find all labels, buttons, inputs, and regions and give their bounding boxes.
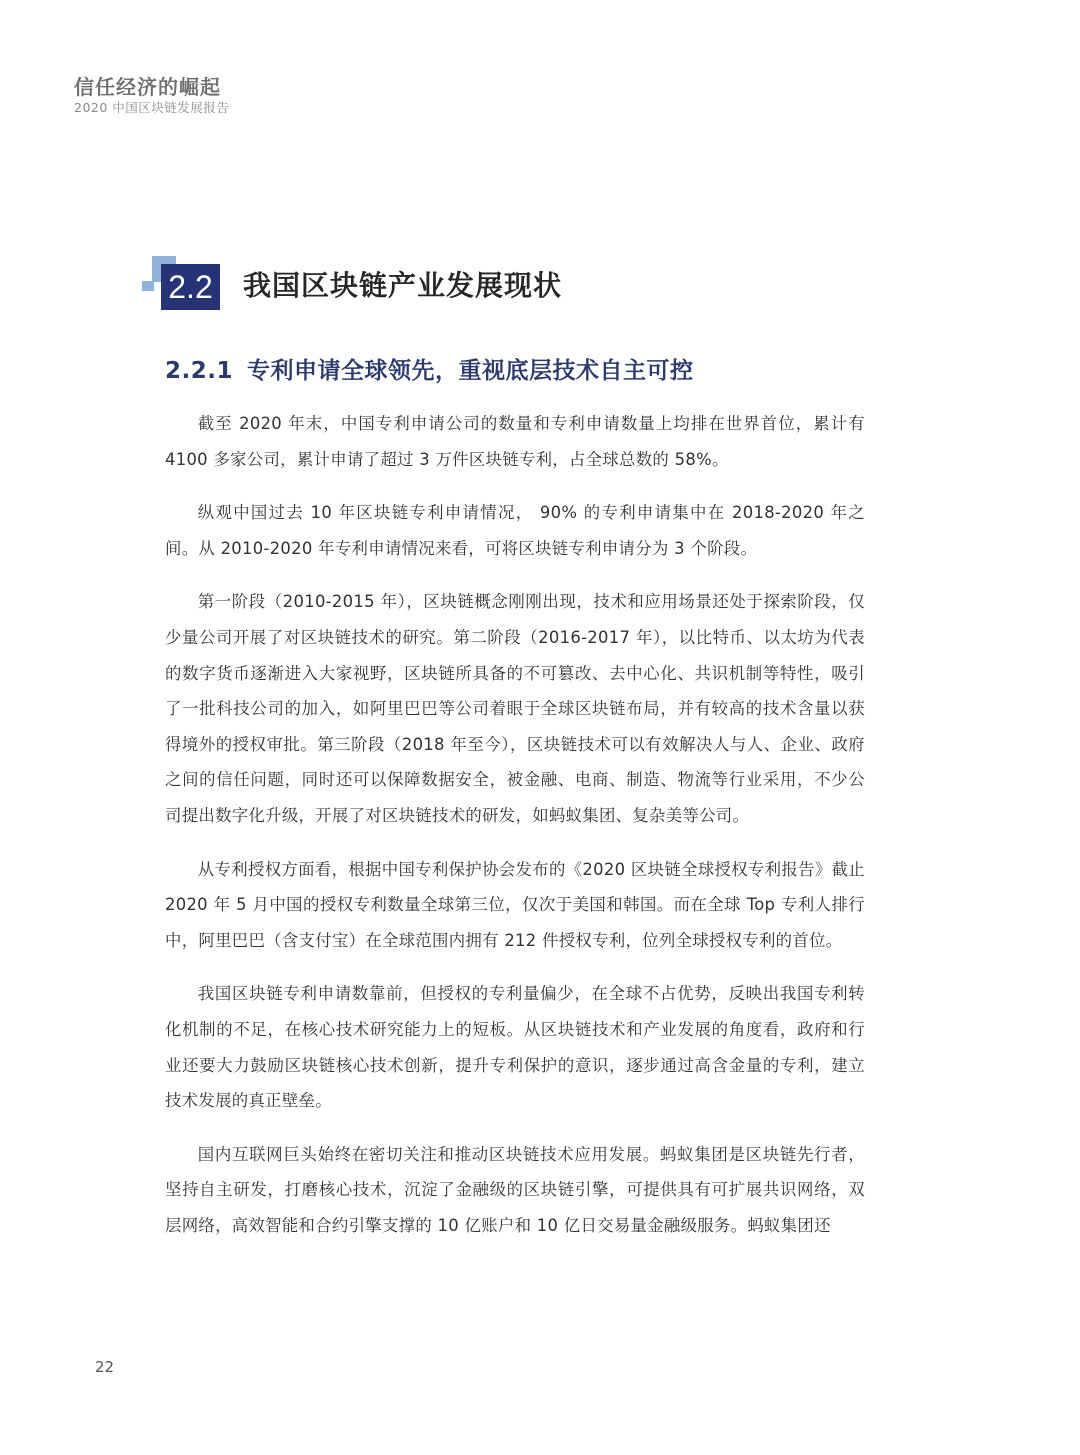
paragraph: 截至 2020 年末，中国专利申请公司的数量和专利申请数量上均排在世界首位，累计…: [165, 406, 865, 477]
report-subtitle: 2020 中国区块链发展报告: [74, 100, 229, 116]
paragraph: 国内互联网巨头始终在密切关注和推动区块链技术应用发展。蚂蚁集团是区块链先行者，坚…: [165, 1137, 865, 1244]
subsection-heading: 2.2.1专利申请全球领先，重视底层技术自主可控: [165, 354, 694, 388]
body-text: 截至 2020 年末，中国专利申请公司的数量和专利申请数量上均排在世界首位，累计…: [165, 406, 865, 1261]
report-title: 信任经济的崛起: [74, 76, 229, 98]
section-title: 我国区块链产业发展现状: [243, 266, 562, 306]
decorative-small-square-icon: [142, 281, 154, 291]
paragraph: 第一阶段（2010-2015 年），区块链概念刚刚出现，技术和应用场景还处于探索…: [165, 584, 865, 833]
paragraph: 从专利授权方面看，根据中国专利保护协会发布的《2020 区块链全球授权专利报告》…: [165, 852, 865, 959]
paragraph: 我国区块链专利申请数靠前，但授权的专利量偏少，在全球不占优势，反映出我国专利转化…: [165, 976, 865, 1118]
section-number-badge: 2.2: [161, 264, 220, 310]
subsection-title: 专利申请全球领先，重视底层技术自主可控: [247, 358, 694, 384]
paragraph: 纵观中国过去 10 年区块链专利申请情况， 90% 的专利申请集中在 2018-…: [165, 495, 865, 566]
running-header: 信任经济的崛起 2020 中国区块链发展报告: [74, 76, 229, 116]
subsection-number: 2.2.1: [165, 358, 233, 384]
section-heading: 2.2 我国区块链产业发展现状: [140, 254, 740, 314]
page-number: 22: [95, 1358, 114, 1376]
